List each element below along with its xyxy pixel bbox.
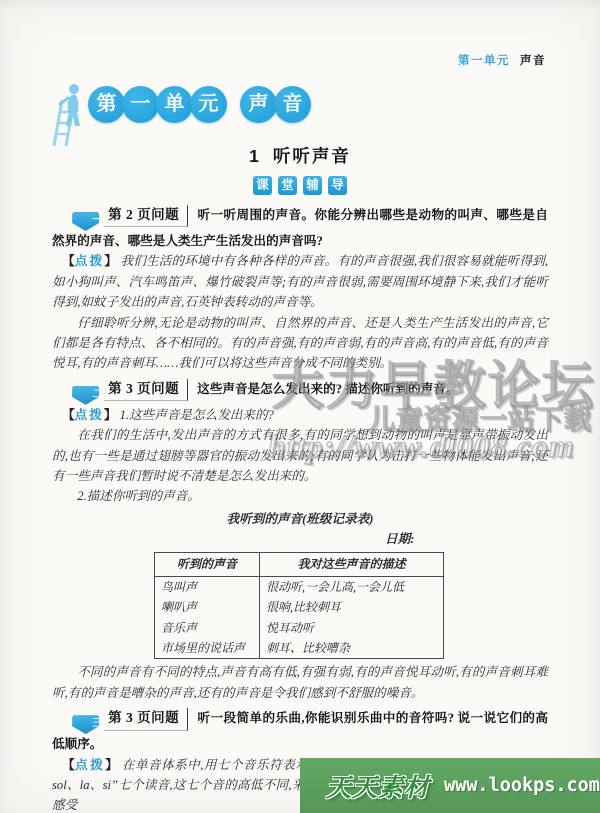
banner-char: 声 [240, 86, 277, 123]
column-header-description: 我对这些声音的描述 [260, 552, 444, 576]
course-banner-char: 辅 [303, 176, 322, 195]
course-banner-char: 堂 [278, 176, 297, 195]
banner-char: 元 [190, 86, 227, 123]
cell-description: 刺耳、比较嘈杂 [260, 638, 444, 659]
table-row: 鸟叫声 很动听,一会儿高,一会儿低 [155, 576, 444, 597]
lesson-title-text: 听听声音 [273, 146, 351, 166]
banner-char: 单 [156, 86, 193, 123]
cell-sound: 市场里的说话声 [155, 638, 260, 659]
section-2-tip-1-body: 在我们的生活中,发出声音的方式有很多,有的同学想到动物的叫声是靠声带振动发出的,… [52, 425, 548, 486]
cell-description: 很动听,一会儿高,一会儿低 [260, 576, 444, 597]
section-2-tip-question-1: 【点拨】 1.这些声音是怎么发出来的? [52, 405, 548, 425]
table-row: 音乐声 悦耳动听 [155, 618, 444, 638]
lesson-title: 1听听声音 [0, 143, 600, 168]
section-2-shield-icon: 二 [72, 386, 99, 405]
banner-char: 音 [274, 86, 311, 123]
section-2-question: 这些声音是怎么发出来的? 描述你听到的声音。 [197, 382, 458, 396]
section-1-shield-icon: 一 [72, 212, 99, 231]
section-1-header: 一第 2 页问题听一听周围的声音。你能分辨出哪些是动物的叫声、哪些是自然界的声音… [52, 205, 548, 251]
record-table-title: 我听到的声音(班级记录表) [52, 509, 548, 529]
banner-char: 第 [88, 86, 125, 123]
tip-tag: 【点拨】 [62, 408, 116, 422]
section-1-tip: 【点拨】 我们生活的环境中有各种各样的声音。有的声音很强,我们很容易就能听得到,… [52, 251, 548, 312]
section-1-label: 第 2 页问题 [104, 205, 188, 227]
course-guidance-banner: 课 堂 辅 导 [0, 176, 600, 195]
course-banner-char: 导 [328, 176, 347, 195]
cell-sound: 鸟叫声 [155, 576, 260, 597]
section-1-tip-text: 我们生活的环境中有各种各样的声音。有的声音很强,我们很容易就能听得到,如小狗叫声… [52, 254, 548, 309]
section-2-tip-1: 1.这些声音是怎么发出来的? [120, 408, 274, 422]
section-2-header: 二第 3 页问题这些声音是怎么发出来的? 描述你听到的声音。 [52, 379, 548, 405]
section-1-paragraph-2: 仔细聆听分辨,无论是动物的叫声、自然界的声音、还是人类生产生活发出的声音,它们都… [52, 313, 548, 374]
running-header-subject: 声音 [520, 55, 546, 67]
table-row: 市场里的说话声 刺耳、比较嘈杂 [155, 638, 444, 659]
section-3-label: 第 3 页问题 [104, 708, 188, 730]
record-table-date-label: 日期: [52, 529, 548, 549]
banner-char: 一 [122, 86, 159, 123]
page-content: 一第 2 页问题听一听周围的声音。你能分辨出哪些是动物的叫声、哪些是自然界的声音… [52, 205, 548, 813]
cell-sound: 音乐声 [155, 618, 260, 638]
cell-description: 悦耳动听 [260, 618, 444, 638]
table-row: 喇叭声 很响,比较刺耳 [155, 597, 444, 617]
lesson-number: 1 [249, 146, 259, 166]
footer-logo: 天天素材 [326, 768, 430, 804]
tip-tag: 【点拨】 [62, 254, 117, 268]
unit-banner-circles: 第 一 单 元 声 音 [88, 86, 308, 123]
section-3-shield-icon: 三 [72, 715, 99, 734]
column-header-sound: 听到的声音 [155, 552, 260, 576]
section-3-header: 三第 3 页问题听一段简单的乐曲,你能识别乐曲中的音符吗? 说一说它们的高低顺序… [52, 708, 548, 754]
running-header-unit: 第一单元 [458, 55, 510, 67]
section-2-label: 第 3 页问题 [104, 379, 188, 401]
tip-tag: 【点拨】 [62, 758, 118, 772]
workbook-page: 第一单元声音 第 一 单 元 声 音 1听听声音 课 堂 辅 导 [0, 0, 600, 813]
footer-url: www.lookps.com [444, 775, 600, 796]
section-2-tip-question-2: 2.描述你听到的声音。 [52, 486, 548, 506]
section-2-closing: 不同的声音有不同的特点,声音有高有低,有强有弱,有的声音悦耳动听,有的声音刺耳难… [52, 662, 548, 703]
table-header-row: 听到的声音 我对这些声音的描述 [155, 552, 444, 576]
cell-description: 很响,比较刺耳 [260, 597, 444, 617]
ladder-climber-illustration [50, 82, 92, 148]
course-banner-char: 课 [253, 176, 272, 195]
footer-banner: 天天素材 www.lookps.com [300, 758, 600, 813]
running-header: 第一单元声音 [458, 52, 546, 68]
cell-sound: 喇叭声 [155, 597, 260, 617]
sound-record-table: 听到的声音 我对这些声音的描述 鸟叫声 很动听,一会儿高,一会儿低 喇叭声 很响… [154, 552, 444, 660]
